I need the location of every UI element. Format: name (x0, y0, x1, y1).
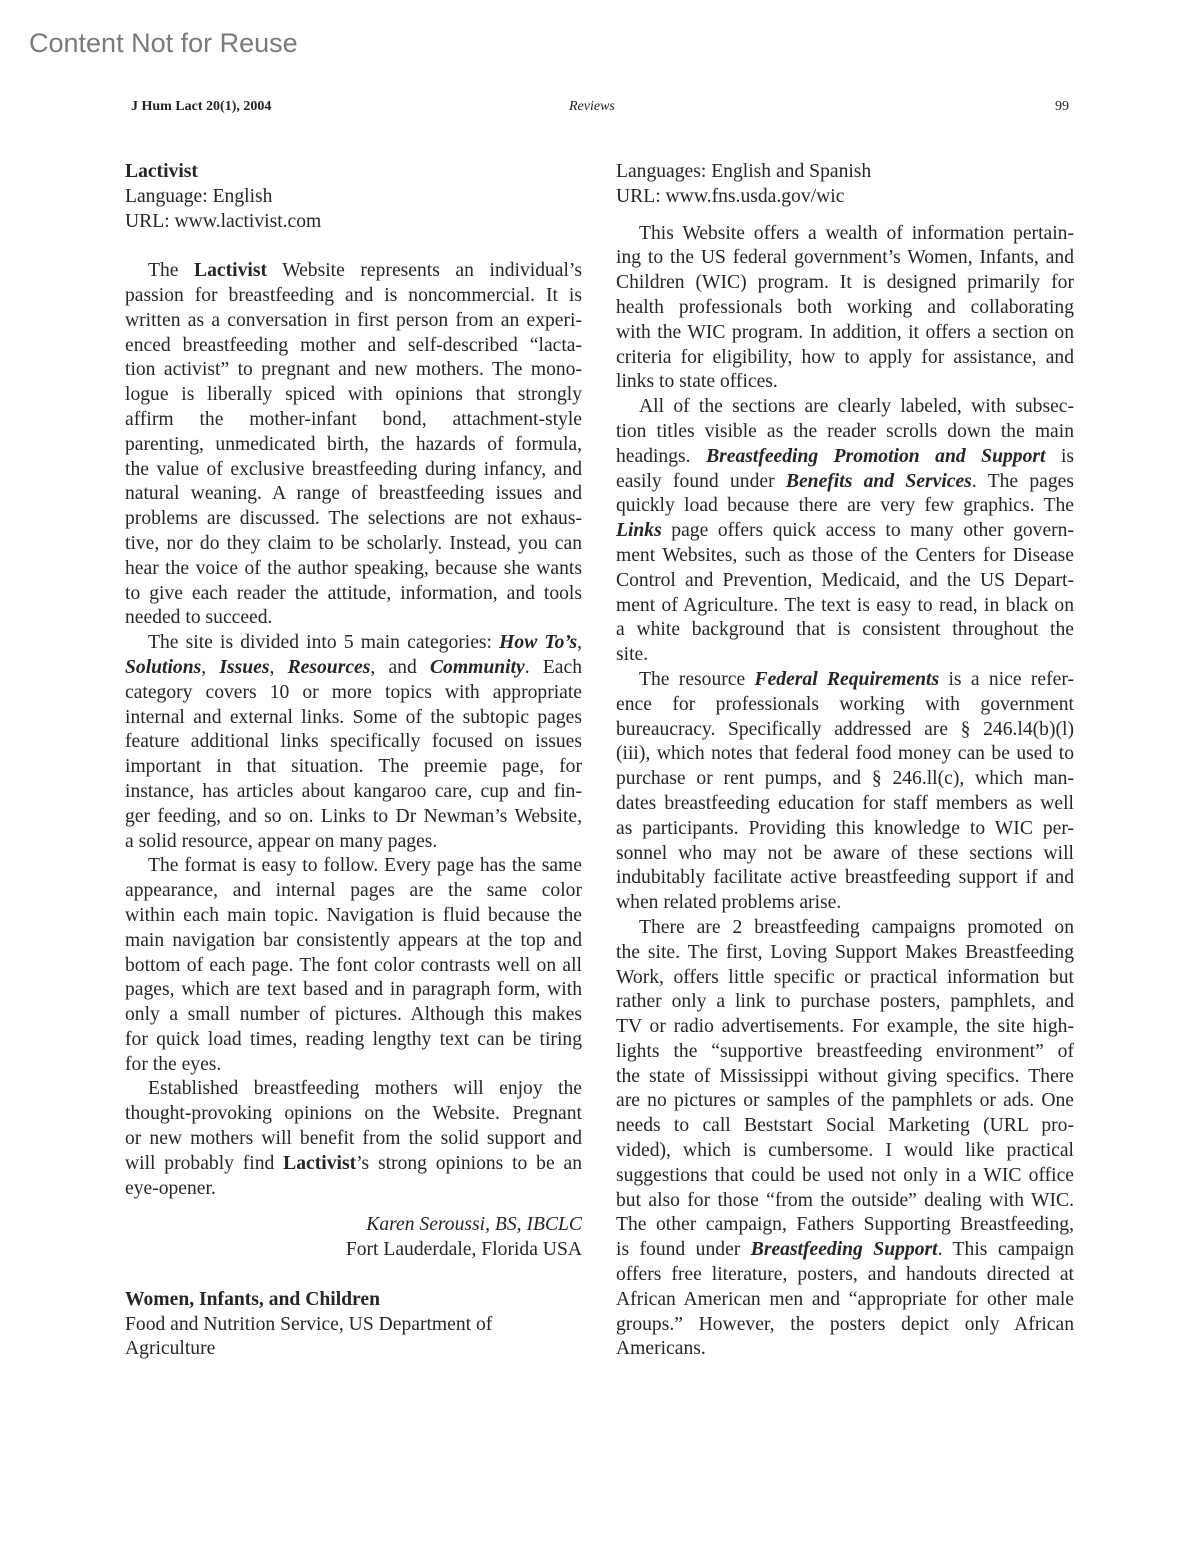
emphasized-term: Breastfeeding Support (751, 1239, 938, 1260)
text-line: tion titles visible as the reader scroll… (616, 420, 1074, 445)
text-line: feature additional links specifically fo… (125, 730, 582, 755)
text-line: (iii), which notes that federal food mon… (616, 742, 1074, 767)
text-line: written as a conversation in first perso… (125, 309, 582, 334)
paragraph: The resource Federal Requirements is a n… (616, 668, 1074, 916)
watermark: Content Not for Reuse (29, 28, 298, 59)
text-line: Control and Prevention, Medicaid, and th… (616, 569, 1074, 594)
text-line: parenting, unmedicated birth, the hazard… (125, 433, 582, 458)
text-line: instance, has articles about kangaroo ca… (125, 780, 582, 805)
text-line: pages, which are text based and in parag… (125, 978, 582, 1003)
spacer (616, 210, 1074, 222)
text-line: sonnel who may not be aware of these sec… (616, 842, 1074, 867)
emphasized-term: Breastfeeding Promotion and Support (706, 446, 1045, 467)
paragraph: The format is easy to follow. Every page… (125, 854, 582, 1077)
text-line: The format is easy to follow. Every page… (125, 854, 582, 879)
review-publisher: Food and Nutrition Service, US Departmen… (125, 1313, 582, 1338)
paragraph: The site is divided into 5 main categori… (125, 631, 582, 854)
text-line: thought-provoking opinions on the Websit… (125, 1102, 582, 1127)
text-line: or new mothers will benefit from the sol… (125, 1127, 582, 1152)
section-name: Reviews (569, 99, 615, 115)
text-line: ment Websites, such as those of the Cent… (616, 544, 1074, 569)
review-body: The Lactivist Website represents an indi… (125, 259, 582, 1201)
text-line: are no pictures or samples of the pamphl… (616, 1089, 1074, 1114)
emphasized-term: Lactivist (194, 260, 267, 281)
text-line: with the WIC program. In addition, it of… (616, 321, 1074, 346)
text-line: logue is liberally spiced with opinions … (125, 383, 582, 408)
spacer (125, 1263, 582, 1288)
text-line: enced breastfeeding mother and self-desc… (125, 334, 582, 359)
paragraph: The Lactivist Website represents an indi… (125, 259, 582, 631)
text-line: suggestions that could be used not only … (616, 1164, 1074, 1189)
left-column: Lactivist Language: English URL: www.lac… (125, 160, 582, 1362)
text-line: All of the sections are clearly labeled,… (616, 395, 1074, 420)
emphasized-term: Issues (219, 657, 269, 678)
text-line: for the eyes. (125, 1053, 582, 1078)
review-title: Women, Infants, and Children (125, 1288, 582, 1313)
text-line: The site is divided into 5 main categori… (125, 631, 582, 656)
text-line: a solid resource, appear on many pages. (125, 830, 582, 855)
text-line: bottom of each page. The font color cont… (125, 954, 582, 979)
text-line: lights the “supportive breastfeeding env… (616, 1040, 1074, 1065)
text-line: but also for those “from the outside” de… (616, 1189, 1074, 1214)
text-line: The resource Federal Requirements is a n… (616, 668, 1074, 693)
text-line: eye-opener. (125, 1177, 582, 1202)
text-line: The Lactivist Website represents an indi… (125, 259, 582, 284)
text-line: site. (616, 643, 1074, 668)
text-line: There are 2 breastfeeding campaigns prom… (616, 916, 1074, 941)
text-line: vided), which is cumbersome. I would lik… (616, 1139, 1074, 1164)
text-line: links to state offices. (616, 370, 1074, 395)
review-title: Lactivist (125, 160, 582, 185)
text-line: easily found under Benefits and Services… (616, 470, 1074, 495)
text-line: health professionals both working and co… (616, 296, 1074, 321)
emphasized-term: How To’s (499, 632, 577, 653)
text-line: offers free literature, posters, and han… (616, 1263, 1074, 1288)
text-line: Established breastfeeding mothers will e… (125, 1077, 582, 1102)
emphasized-term: Federal Requirements (755, 669, 940, 690)
text-line: quickly load because there are very few … (616, 494, 1074, 519)
emphasized-term: Solutions (125, 657, 201, 678)
text-line: African American men and “appropriate fo… (616, 1288, 1074, 1313)
text-line: the site. The first, Loving Support Make… (616, 941, 1074, 966)
text-line: groups.” However, the posters depict onl… (616, 1313, 1074, 1338)
reviewer-location: Fort Lauderdale, Florida USA (125, 1238, 582, 1263)
spacer (125, 234, 582, 259)
review-publisher: Agriculture (125, 1337, 582, 1362)
text-line: dates breastfeeding education for staff … (616, 792, 1074, 817)
text-line: TV or radio advertisements. For example,… (616, 1015, 1074, 1040)
text-line: Links page offers quick access to many o… (616, 519, 1074, 544)
text-line: to give each reader the attitude, inform… (125, 582, 582, 607)
text-line: Work, offers little specific or practica… (616, 966, 1074, 991)
spacer (125, 1201, 582, 1213)
text-line: important in that situation. The preemie… (125, 755, 582, 780)
right-column: Languages: English and Spanish URL: www.… (616, 160, 1074, 1362)
emphasized-term: Benefits and Services (786, 471, 972, 492)
text-line: a white background that is consistent th… (616, 618, 1074, 643)
text-line: tion activist” to pregnant and new mothe… (125, 358, 582, 383)
text-line: the state of Mississippi without giving … (616, 1065, 1074, 1090)
text-line: ence for professionals working with gove… (616, 693, 1074, 718)
text-line: affirm the mother-infant bond, attachmen… (125, 408, 582, 433)
text-line: for quick load times, reading lengthy te… (125, 1028, 582, 1053)
page-number: 99 (1055, 99, 1069, 115)
text-line: tive, nor do they claim to be scholarly.… (125, 532, 582, 557)
text-line: Solutions, Issues, Resources, and Commun… (125, 656, 582, 681)
text-line: headings. Breastfeeding Promotion and Su… (616, 445, 1074, 470)
text-line: category covers 10 or more topics with a… (125, 681, 582, 706)
text-line: ing to the US federal government’s Women… (616, 246, 1074, 271)
text-line: ment of Agriculture. The text is easy to… (616, 594, 1074, 619)
reviewer-name: Karen Seroussi, BS, IBCLC (125, 1213, 582, 1238)
paragraph: All of the sections are clearly labeled,… (616, 395, 1074, 668)
text-line: internal and external links. Some of the… (125, 706, 582, 731)
text-line: needs to call Beststart Social Marketing… (616, 1114, 1074, 1139)
text-line: ger feeding, and so on. Links to Dr Newm… (125, 805, 582, 830)
text-line: Americans. (616, 1337, 1074, 1362)
text-line: criteria for eligibility, how to apply f… (616, 346, 1074, 371)
text-line: purchase or rent pumps, and § 246.ll(c),… (616, 767, 1074, 792)
paragraph: There are 2 breastfeeding campaigns prom… (616, 916, 1074, 1362)
text-line: Children (WIC) program. It is designed p… (616, 271, 1074, 296)
text-line: within each main topic. Navigation is fl… (125, 904, 582, 929)
text-line: natural weaning. A range of breastfeedin… (125, 482, 582, 507)
text-line: as participants. Providing this knowledg… (616, 817, 1074, 842)
text-line: is found under Breastfeeding Support. Th… (616, 1238, 1074, 1263)
review-url[interactable]: URL: www.fns.usda.gov/wic (616, 185, 1074, 210)
text-line: will probably find Lactivist’s strong op… (125, 1152, 582, 1177)
text-line: hear the voice of the author speaking, b… (125, 557, 582, 582)
text-line: bureaucracy. Specifically addressed are … (616, 718, 1074, 743)
text-line: indubitably facilitate active breastfeed… (616, 866, 1074, 891)
review-language: Language: English (125, 185, 582, 210)
text-line: The other campaign, Fathers Supporting B… (616, 1213, 1074, 1238)
text-line: the value of exclusive breastfeeding dur… (125, 458, 582, 483)
paragraph: Established breastfeeding mothers will e… (125, 1077, 582, 1201)
running-head: J Hum Lact 20(1), 2004 Reviews 99 (131, 99, 1069, 119)
review-languages: Languages: English and Spanish (616, 160, 1074, 185)
text-line: rather only a link to purchase posters, … (616, 990, 1074, 1015)
text-line: main navigation bar consistently appears… (125, 929, 582, 954)
text-line: only a small number of pictures. Althoug… (125, 1003, 582, 1028)
emphasized-term: Community (430, 657, 525, 678)
text-line: This Website offers a wealth of informat… (616, 222, 1074, 247)
text-line: when related problems arise. (616, 891, 1074, 916)
emphasized-term: Links (616, 520, 662, 541)
text-line: passion for breastfeeding and is noncomm… (125, 284, 582, 309)
emphasized-term: Resources (288, 657, 371, 678)
text-line: needed to succeed. (125, 606, 582, 631)
review-url[interactable]: URL: www.lactivist.com (125, 210, 582, 235)
text-line: problems are discussed. The selections a… (125, 507, 582, 532)
journal-citation: J Hum Lact 20(1), 2004 (131, 99, 271, 115)
emphasized-term: Lactivist (283, 1153, 356, 1174)
review-body: This Website offers a wealth of informat… (616, 222, 1074, 1363)
text-line: appearance, and internal pages are the s… (125, 879, 582, 904)
paragraph: This Website offers a wealth of informat… (616, 222, 1074, 396)
